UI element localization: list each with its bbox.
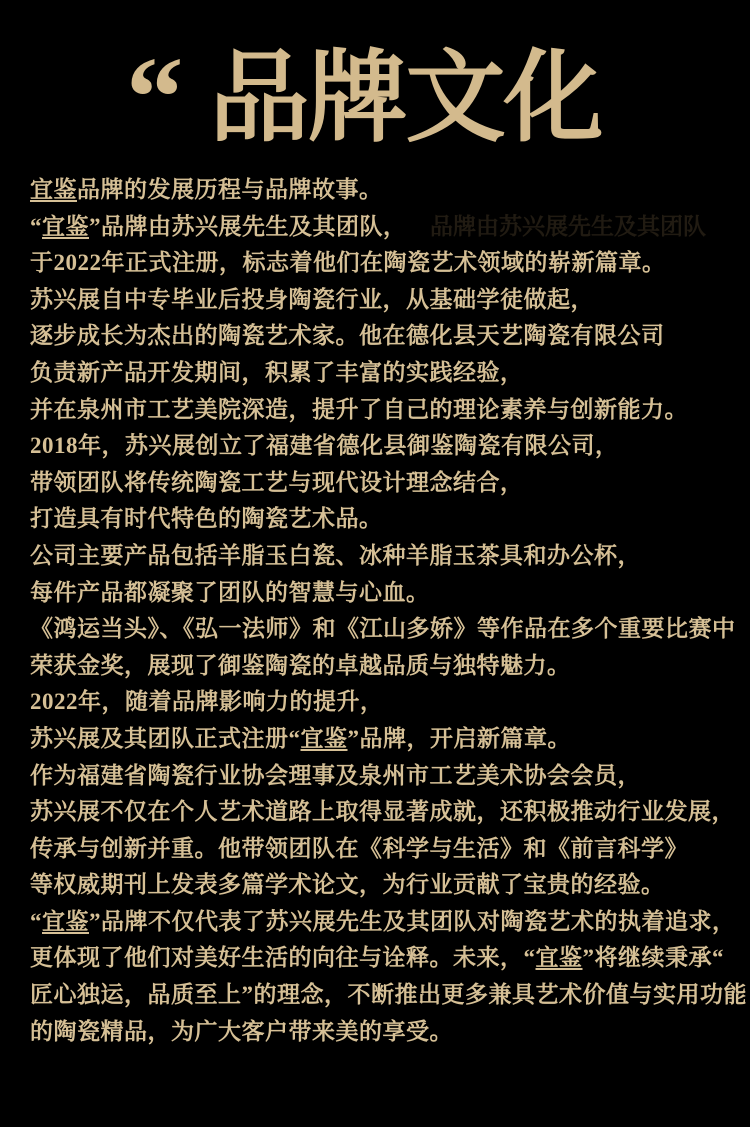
brand-story-line: 每件产品都凝聚了团队的智慧与心血。 <box>30 575 735 612</box>
brand-story-line: 打造具有时代特色的陶瓷艺术品。 <box>30 501 735 538</box>
brand-story-text: 宜鉴品牌的发展历程与品牌故事。“宜鉴”品牌由苏兴展先生及其团队，于2022年正式… <box>30 172 735 1050</box>
brand-story-line: 苏兴展及其团队正式注册“宜鉴”品牌，开启新篇章。 <box>30 721 735 758</box>
brand-story-line: 带领团队将传统陶瓷工艺与现代设计理念结合， <box>30 465 735 502</box>
page-title: 品牌文化 <box>210 40 602 158</box>
brand-story-line: 逐步成长为杰出的陶瓷艺术家。他在德化县天艺陶瓷有限公司 <box>30 318 735 355</box>
brand-story-line: 传承与创新并重。他带领团队在《科学与生活》和《前言科学》 <box>30 831 735 868</box>
brand-story-line: 苏兴展自中专毕业后投身陶瓷行业，从基础学徒做起， <box>30 282 735 319</box>
brand-story-line: 2022年，随着品牌影响力的提升， <box>30 684 735 721</box>
brand-story-line: 负责新产品开发期间，积累了丰富的实践经验， <box>30 355 735 392</box>
brand-culture-page: “ 品牌文化 品牌由苏兴展先生及其团队 宜鉴品牌的发展历程与品牌故事。“宜鉴”品… <box>0 0 750 1127</box>
brand-story-line: 匠心独运，品质至上”的理念，不断推出更多兼具艺术价值与实用功能 <box>30 977 735 1014</box>
brand-story-line: 作为福建省陶瓷行业协会理事及泉州市工艺美术协会会员， <box>30 758 735 795</box>
page-header: “ 品牌文化 <box>126 40 602 158</box>
brand-story-line: 宜鉴品牌的发展历程与品牌故事。 <box>30 172 735 209</box>
brand-story-line: 更体现了他们对美好生活的向往与诠释。未来，“宜鉴”将继续秉承“ <box>30 940 735 977</box>
brand-story-line: 荣获金奖，展现了御鉴陶瓷的卓越品质与独特魅力。 <box>30 648 735 685</box>
brand-story-line: “宜鉴”品牌由苏兴展先生及其团队， <box>30 209 735 246</box>
brand-story-line: 公司主要产品包括羊脂玉白瓷、冰种羊脂玉茶具和办公杯， <box>30 538 735 575</box>
brand-story-line: 并在泉州市工艺美院深造，提升了自己的理论素养与创新能力。 <box>30 392 735 429</box>
brand-story-line: 等权威期刊上发表多篇学术论文，为行业贡献了宝贵的经验。 <box>30 867 735 904</box>
opening-quote-mark: “ <box>126 40 184 155</box>
brand-story-line: 《鸿运当头》、《弘一法师》和《江山多娇》等作品在多个重要比赛中 <box>30 611 735 648</box>
brand-story-line: 苏兴展不仅在个人艺术道路上取得显著成就，还积极推动行业发展， <box>30 794 735 831</box>
brand-story-line: 的陶瓷精品，为广大客户带来美的享受。 <box>30 1014 735 1051</box>
brand-story-line: “宜鉴”品牌不仅代表了苏兴展先生及其团队对陶瓷艺术的执着追求， <box>30 904 735 941</box>
brand-story-line: 于2022年正式注册，标志着他们在陶瓷艺术领域的崭新篇章。 <box>30 245 735 282</box>
brand-story-line: 2018年，苏兴展创立了福建省德化县御鉴陶瓷有限公司， <box>30 428 735 465</box>
